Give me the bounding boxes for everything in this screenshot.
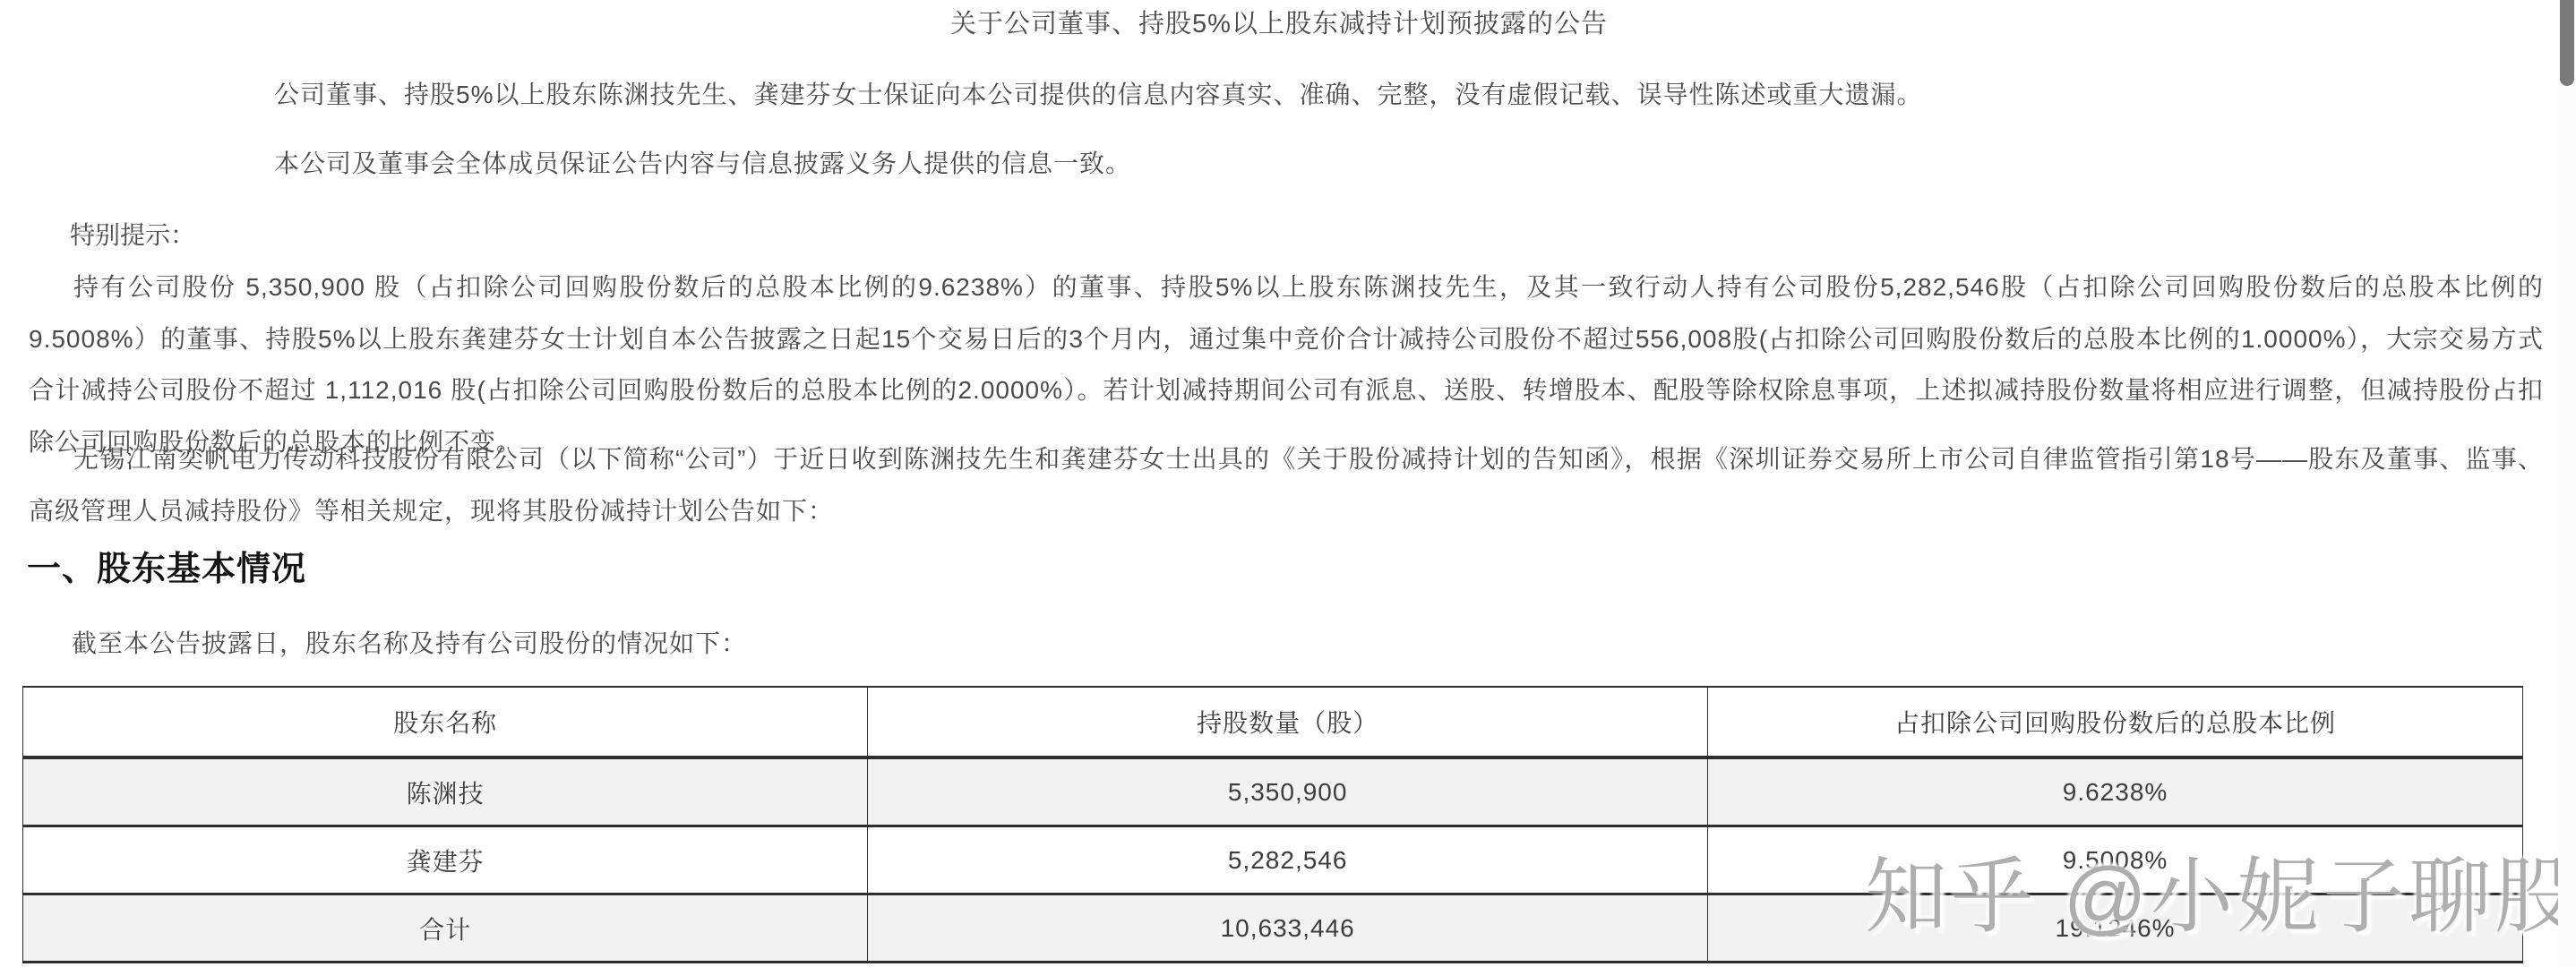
header-share-quantity: 持股数量（股） — [868, 687, 1708, 757]
table-row: 陈渊技 5,350,900 9.6238% — [23, 757, 2523, 826]
notice-paragraph: 无锡江南奕帆电力传动科技股份有限公司（以下简称“公司”）于近日收到陈渊技先生和龚… — [29, 433, 2544, 536]
guarantee-statement-2: 本公司及董事会全体成员保证公告内容与信息披露义务人提供的信息一致。 — [274, 146, 2522, 182]
table-header-row: 股东名称 持股数量（股） 占扣除公司回购股份数后的总股本比例 — [23, 687, 2523, 757]
cell-share-quantity: 10,633,446 — [868, 894, 1708, 963]
cell-shareholder-name: 合计 — [23, 894, 868, 963]
section-heading-shareholder-basics: 一、股东基本情况 — [27, 541, 306, 590]
cell-shareholder-name: 陈渊技 — [23, 757, 868, 826]
cell-share-quantity: 5,350,900 — [868, 757, 1708, 826]
header-shareholder-name: 股东名称 — [23, 687, 868, 757]
table-intro-text: 截至本公告披露日，股东名称及持有公司股份的情况如下： — [72, 624, 747, 660]
announcement-page: 关于公司董事、持股5%以上股东减持计划预披露的公告 公司董事、持股5%以上股东陈… — [0, 0, 2576, 967]
zhihu-watermark: 知乎 @小妮子聊股 — [1865, 831, 2576, 949]
header-share-ratio: 占扣除公司回购股份数后的总股本比例 — [1708, 687, 2523, 757]
guarantee-statement-1: 公司董事、持股5%以上股东陈渊技先生、龚建芬女士保证向本公司提供的信息内容真实、… — [274, 77, 2522, 113]
scrollbar-thumb[interactable] — [2560, 0, 2574, 86]
special-tip-label: 特别提示： — [70, 216, 195, 252]
document-title: 关于公司董事、持股5%以上股东减持计划预披露的公告 — [0, 4, 2558, 40]
vertical-scrollbar[interactable] — [2558, 0, 2576, 967]
cell-shareholder-name: 龚建芬 — [23, 826, 868, 894]
cell-share-ratio: 9.6238% — [1708, 757, 2523, 826]
cell-share-quantity: 5,282,546 — [868, 826, 1708, 894]
